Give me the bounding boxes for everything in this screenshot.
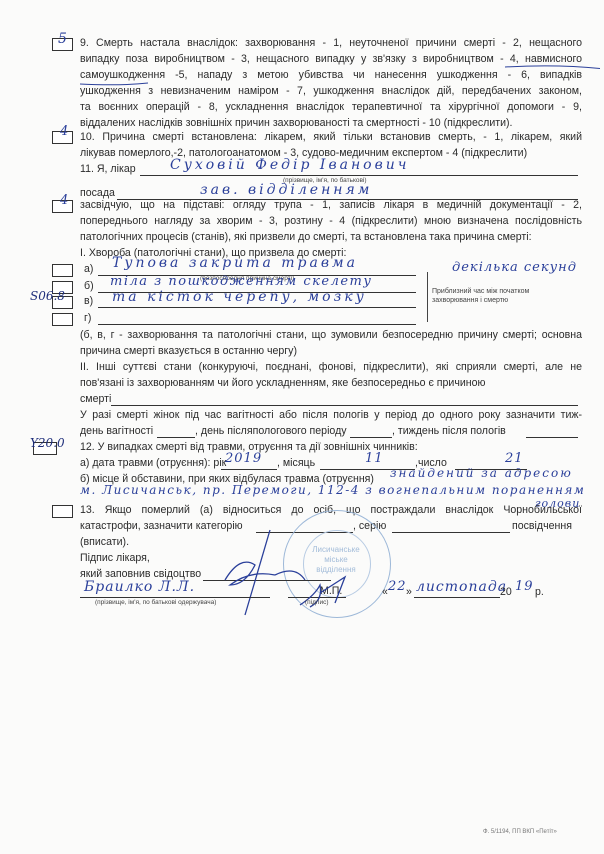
form-footer: Ф. 5/1194, ПП ВКП «Петіт» [483, 829, 557, 835]
part2-other-conditions-field[interactable] [111, 405, 578, 406]
cause-b-letter: б) [84, 279, 94, 295]
cause-d-letter: г) [84, 311, 91, 327]
date-century: 20 [500, 585, 512, 601]
underline-mark-icon [80, 62, 600, 88]
injury-date-label: а) дата травми (отруєння): рік [80, 456, 226, 472]
item13-checkbox[interactable] [52, 505, 73, 518]
cause-c-code: S06.8 [30, 289, 65, 303]
injury-day-field[interactable]: 21 [505, 451, 524, 466]
date-suffix: р. [535, 585, 544, 601]
injury-place-field-1[interactable]: знайдений за адресою [390, 466, 573, 480]
injury-year-field[interactable]: 2019 [225, 451, 262, 466]
cause-c-letter: в) [84, 294, 93, 310]
after-birth-field[interactable] [526, 437, 578, 438]
injury-month-label: , місяць [277, 456, 315, 472]
item9-line-5: та воєнних операцій - 8, ускладнення вна… [80, 100, 582, 116]
doctor-name-field[interactable]: Суховій Федір Іванович [170, 157, 409, 173]
injury-month-field[interactable]: 11 [365, 451, 384, 466]
pregnancy-week-label: день вагітності [80, 424, 153, 440]
doctor-label: 11. Я, лікар [80, 162, 136, 178]
interval-label: Приблизний час між початком захворювання… [432, 287, 542, 305]
cause-a-field[interactable]: Тупова закрита травма [112, 255, 358, 271]
recipient-name-field[interactable]: Браилко Л.Л. [84, 579, 195, 595]
item13-line-3: (вписати). [80, 535, 129, 551]
date-day-field[interactable]: 22 [388, 579, 407, 594]
item9-mark: 5 [58, 31, 68, 47]
interval-field[interactable]: декілька секунд [452, 260, 602, 276]
injury-place-field-2[interactable]: м. Лисичанськ, пр. Перемоги, 112-4 з вог… [80, 483, 585, 497]
pregnancy-week-field[interactable] [157, 437, 195, 438]
item11-line-3: патологічних процесів (станів), які приз… [80, 230, 532, 246]
cause-d-line [98, 324, 416, 325]
cause-a-checkbox[interactable] [52, 264, 73, 277]
cause-a-letter: а) [84, 262, 93, 278]
cause-d-checkbox[interactable] [52, 313, 73, 326]
part1-note-2: причина смерті вказується в останню черг… [80, 344, 297, 360]
date-close-quote: » [406, 585, 412, 601]
item10-mark: 4 [60, 124, 69, 139]
part2-line-1: II. Інші суттєві стани (конкуруючі, поєд… [80, 360, 582, 376]
part2-label: смерті [80, 392, 111, 408]
cause-b-field[interactable]: тіла з пошкодженням скелету [110, 274, 372, 289]
recipient-signature-caption: (підпис) [305, 599, 329, 606]
item11-line-1: засвідчую, що на підставі: огляду трупа … [80, 198, 582, 214]
pregnancy-line-1: У разі смерті жінок під час вагітності а… [80, 408, 582, 424]
recipient-name-caption: (прізвище, ім'я, по батькові одержувача) [95, 599, 216, 606]
interval-divider [427, 272, 428, 322]
item9-line-1: 9. Смерть настала внаслідок: захворюванн… [80, 36, 582, 52]
injury-year-line [221, 469, 277, 470]
postpartum-label: , день післяпологового періоду [195, 424, 347, 440]
position-field[interactable]: зав. відділенням [200, 182, 372, 198]
part2-line-2: пов'язані із захворюванням чи його ускла… [80, 376, 485, 392]
recipient-signature-icon [295, 575, 355, 615]
series-field[interactable] [392, 532, 510, 533]
item12-code: Y20.0 [30, 436, 65, 450]
item11-mark: 4 [60, 193, 69, 208]
cause-c-field[interactable]: та кісток черепу, мозку [112, 289, 367, 305]
recipient-name-line [80, 597, 270, 598]
date-year-field[interactable]: 19 [515, 579, 534, 594]
item11-line-2: попереднього нагляду за хворим - 3, розт… [80, 214, 582, 230]
item10-line-1: 10. Причина смерті встановлена: лікарем,… [80, 130, 582, 146]
after-birth-label: , тиждень після пологів [392, 424, 506, 440]
part1-note-1: (б, в, г - захворювання та патологічні с… [80, 328, 582, 344]
postpartum-field[interactable] [350, 437, 392, 438]
date-month-line [414, 597, 500, 598]
signature-label-1: Підпис лікаря, [80, 551, 150, 567]
date-month-field[interactable]: листопада [416, 579, 507, 595]
certificate-label: посвідчення [512, 519, 572, 535]
doctor-name-line [140, 175, 578, 176]
cause-c-line [98, 307, 416, 308]
